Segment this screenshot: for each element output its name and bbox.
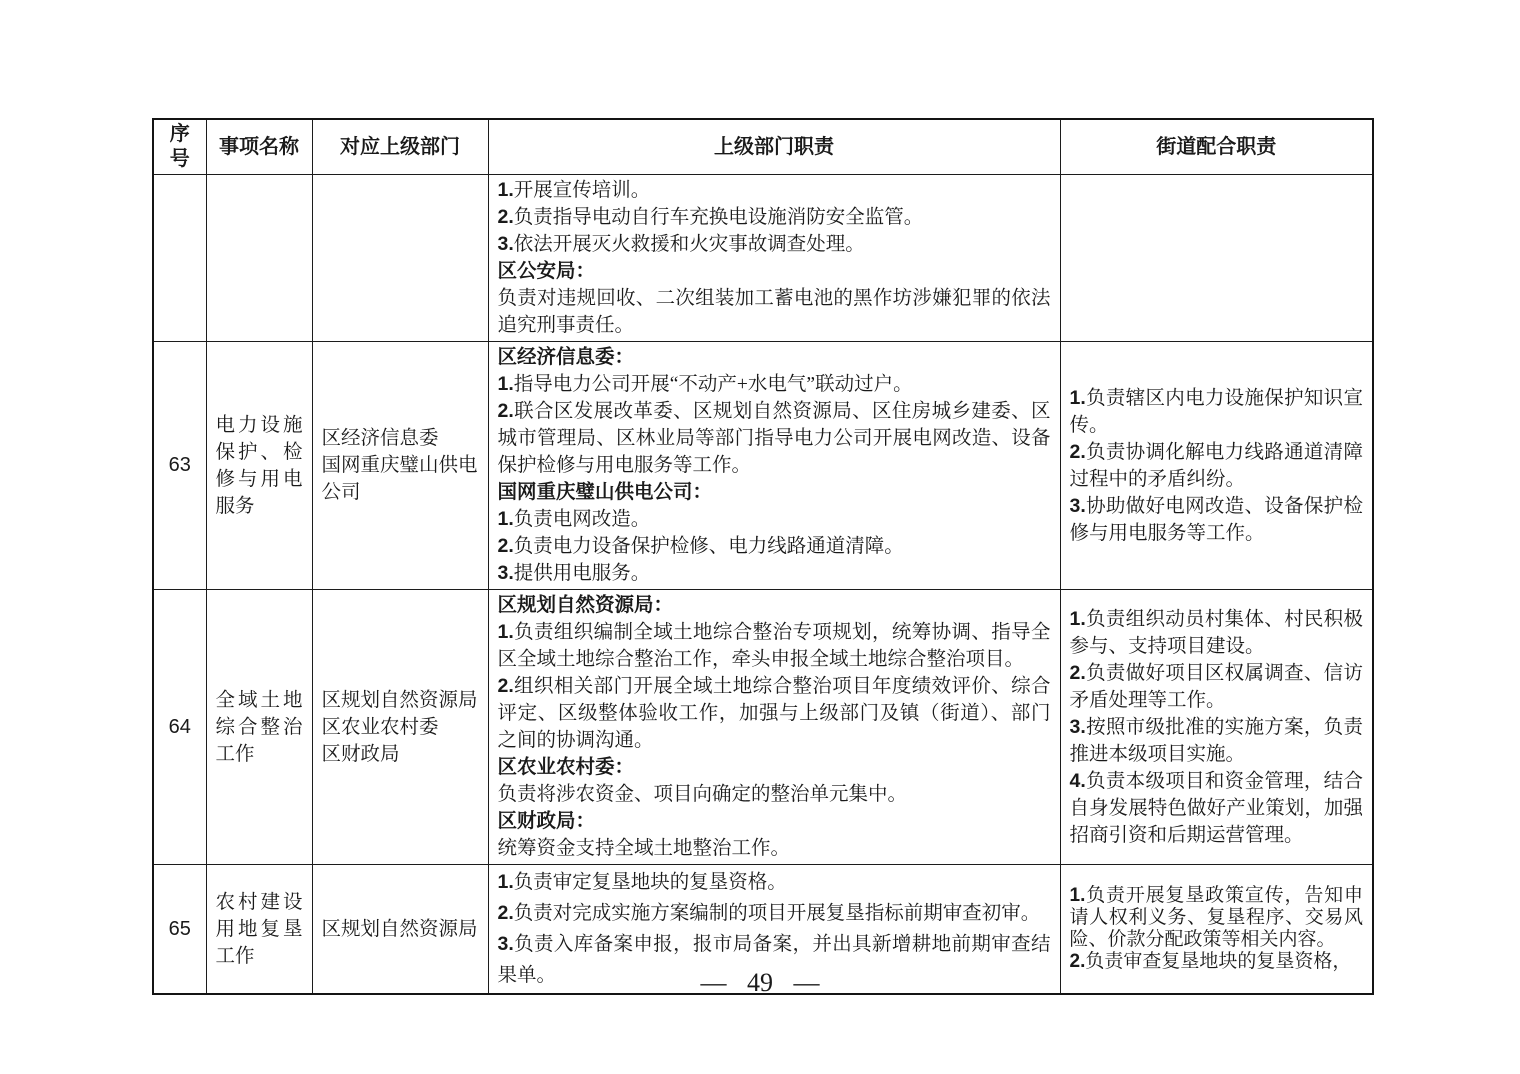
department-name: 区规划自然资源局 xyxy=(322,687,479,714)
table-row: 63电力设施保护、检修与用电服务区经济信息委国网重庆璧山供电公司区经济信息委：1… xyxy=(153,342,1373,590)
duty-item-number: 1. xyxy=(498,508,514,530)
cell-superior-duties: 1.开展宣传培训。2.负责指导电动自行车充换电设施消防安全监管。3.依法开展灭火… xyxy=(488,175,1060,342)
duty-item-number: 1. xyxy=(1070,608,1086,630)
duty-item: 负责对违规回收、二次组装加工蓄电池的黑作坊涉嫌犯罪的依法追究刑事责任。 xyxy=(498,285,1051,339)
duty-item: 统筹资金支持全域土地整治工作。 xyxy=(498,835,1051,862)
cell-superior-department xyxy=(312,175,488,342)
duty-heading: 区规划自然资源局： xyxy=(498,592,1051,619)
department-name: 区财政局 xyxy=(322,741,479,768)
department-name: 区规划自然资源局 xyxy=(322,916,479,943)
duty-item-number: 3. xyxy=(498,233,514,255)
duty-item: 1.负责组织编制全域土地综合整治专项规划，统筹协调、指导全区全域土地综合整治工作… xyxy=(498,619,1051,673)
cell-serial-number: 63 xyxy=(153,342,206,590)
column-header-3: 对应上级部门 xyxy=(312,119,488,175)
duty-item: 3.依法开展灭火救援和火灾事故调查处理。 xyxy=(498,231,1051,258)
duty-item: 1.负责审定复垦地块的复垦资格。 xyxy=(498,867,1051,898)
table-header-row: 序 号事项名称对应上级部门上级部门职责街道配合职责 xyxy=(153,119,1373,175)
duty-item: 1.负责开展复垦政策宣传，告知申请人权利义务、复垦程序、交易风险、价款分配政策等… xyxy=(1070,885,1364,951)
duty-item: 4.负责本级项目和资金管理，结合自身发展特色做好产业策划，加强招商引资和后期运营… xyxy=(1070,768,1364,849)
duty-item-number: 3. xyxy=(498,933,514,955)
duty-item: 1.指导电力公司开展“不动产+水电气”联动过户。 xyxy=(498,371,1051,398)
duty-item-number: 3. xyxy=(1070,716,1086,738)
duty-item: 3.提供用电服务。 xyxy=(498,560,1051,587)
duty-item: 2.负责做好项目区权属调查、信访矛盾处理等工作。 xyxy=(1070,660,1364,714)
column-header-4: 上级部门职责 xyxy=(488,119,1060,175)
column-header-2: 事项名称 xyxy=(206,119,312,175)
duty-item-number: 3. xyxy=(498,562,514,584)
duty-item: 1.负责电网改造。 xyxy=(498,506,1051,533)
duty-item-number: 1. xyxy=(1070,885,1086,906)
duty-heading: 区公安局： xyxy=(498,258,1051,285)
duty-item: 1.负责辖区内电力设施保护知识宣传。 xyxy=(1070,385,1364,439)
duty-heading: 区农业农村委： xyxy=(498,754,1051,781)
table-row: 1.开展宣传培训。2.负责指导电动自行车充换电设施消防安全监管。3.依法开展灭火… xyxy=(153,175,1373,342)
duty-item-number: 1. xyxy=(498,179,514,201)
duty-heading: 国网重庆璧山供电公司： xyxy=(498,479,1051,506)
duty-item-number: 1. xyxy=(498,621,514,643)
duty-item: 2.联合区发展改革委、区规划自然资源局、区住房城乡建委、区城市管理局、区林业局等… xyxy=(498,398,1051,479)
duties-table: 序 号事项名称对应上级部门上级部门职责街道配合职责 1.开展宣传培训。2.负责指… xyxy=(152,118,1374,995)
duty-heading: 区经济信息委： xyxy=(498,344,1051,371)
duty-heading: 区财政局： xyxy=(498,808,1051,835)
department-name: 国网重庆璧山供电公司 xyxy=(322,452,479,506)
column-header-1: 序 号 xyxy=(153,119,206,175)
duty-item-number: 3. xyxy=(1070,495,1086,517)
department-name: 区农业农村委 xyxy=(322,714,479,741)
cell-street-duties: 1.负责组织动员村集体、村民积极参与、支持项目建设。2.负责做好项目区权属调查、… xyxy=(1060,590,1373,865)
page-number: — 49 — xyxy=(0,968,1520,998)
cell-serial-number xyxy=(153,175,206,342)
duty-item: 1.负责组织动员村集体、村民积极参与、支持项目建设。 xyxy=(1070,606,1364,660)
duty-item-number: 4. xyxy=(1070,770,1086,792)
duty-item-number: 1. xyxy=(1070,387,1086,409)
cell-superior-department: 区规划自然资源局区农业农村委区财政局 xyxy=(312,590,488,865)
duty-item: 2.组织相关部门开展全域土地综合整治项目年度绩效评价、综合评定、区级整体验收工作… xyxy=(498,673,1051,754)
column-header-5: 街道配合职责 xyxy=(1060,119,1373,175)
cell-item-name: 电力设施保护、检修与用电服务 xyxy=(206,342,312,590)
duty-item: 2.负责指导电动自行车充换电设施消防安全监管。 xyxy=(498,204,1051,231)
duty-item: 3.按照市级批准的实施方案，负责推进本级项目实施。 xyxy=(1070,714,1364,768)
cell-street-duties: 1.负责辖区内电力设施保护知识宣传。2.负责协调化解电力线路通道清障过程中的矛盾… xyxy=(1060,342,1373,590)
duty-item-number: 2. xyxy=(498,400,514,422)
duty-item-number: 2. xyxy=(498,675,514,697)
duty-item-number: 2. xyxy=(1070,441,1086,463)
duty-item: 2.负责电力设备保护检修、电力线路通道清障。 xyxy=(498,533,1051,560)
duty-item-number: 2. xyxy=(498,206,514,228)
duty-item-number: 2. xyxy=(498,902,514,924)
cell-superior-department: 区经济信息委国网重庆璧山供电公司 xyxy=(312,342,488,590)
duty-item-number: 1. xyxy=(498,871,514,893)
duty-item: 3.协助做好电网改造、设备保护检修与用电服务等工作。 xyxy=(1070,493,1364,547)
cell-item-name xyxy=(206,175,312,342)
document-page: 序 号事项名称对应上级部门上级部门职责街道配合职责 1.开展宣传培训。2.负责指… xyxy=(0,0,1520,1074)
cell-superior-duties: 区经济信息委：1.指导电力公司开展“不动产+水电气”联动过户。2.联合区发展改革… xyxy=(488,342,1060,590)
duty-item: 1.开展宣传培训。 xyxy=(498,177,1051,204)
cell-item-name: 全域土地综合整治工作 xyxy=(206,590,312,865)
duty-item: 2.负责对完成实施方案编制的项目开展复垦指标前期审查初审。 xyxy=(498,898,1051,929)
cell-serial-number: 64 xyxy=(153,590,206,865)
duty-item-number: 1. xyxy=(498,373,514,395)
cell-superior-duties: 区规划自然资源局：1.负责组织编制全域土地综合整治专项规划，统筹协调、指导全区全… xyxy=(488,590,1060,865)
table-row: 64全域土地综合整治工作区规划自然资源局区农业农村委区财政局区规划自然资源局：1… xyxy=(153,590,1373,865)
department-name: 区经济信息委 xyxy=(322,425,479,452)
duty-item-number: 2. xyxy=(498,535,514,557)
duty-item: 负责将涉农资金、项目向确定的整治单元集中。 xyxy=(498,781,1051,808)
cell-street-duties xyxy=(1060,175,1373,342)
duty-item: 2.负责协调化解电力线路通道清障过程中的矛盾纠纷。 xyxy=(1070,439,1364,493)
duty-item-number: 2. xyxy=(1070,662,1086,684)
